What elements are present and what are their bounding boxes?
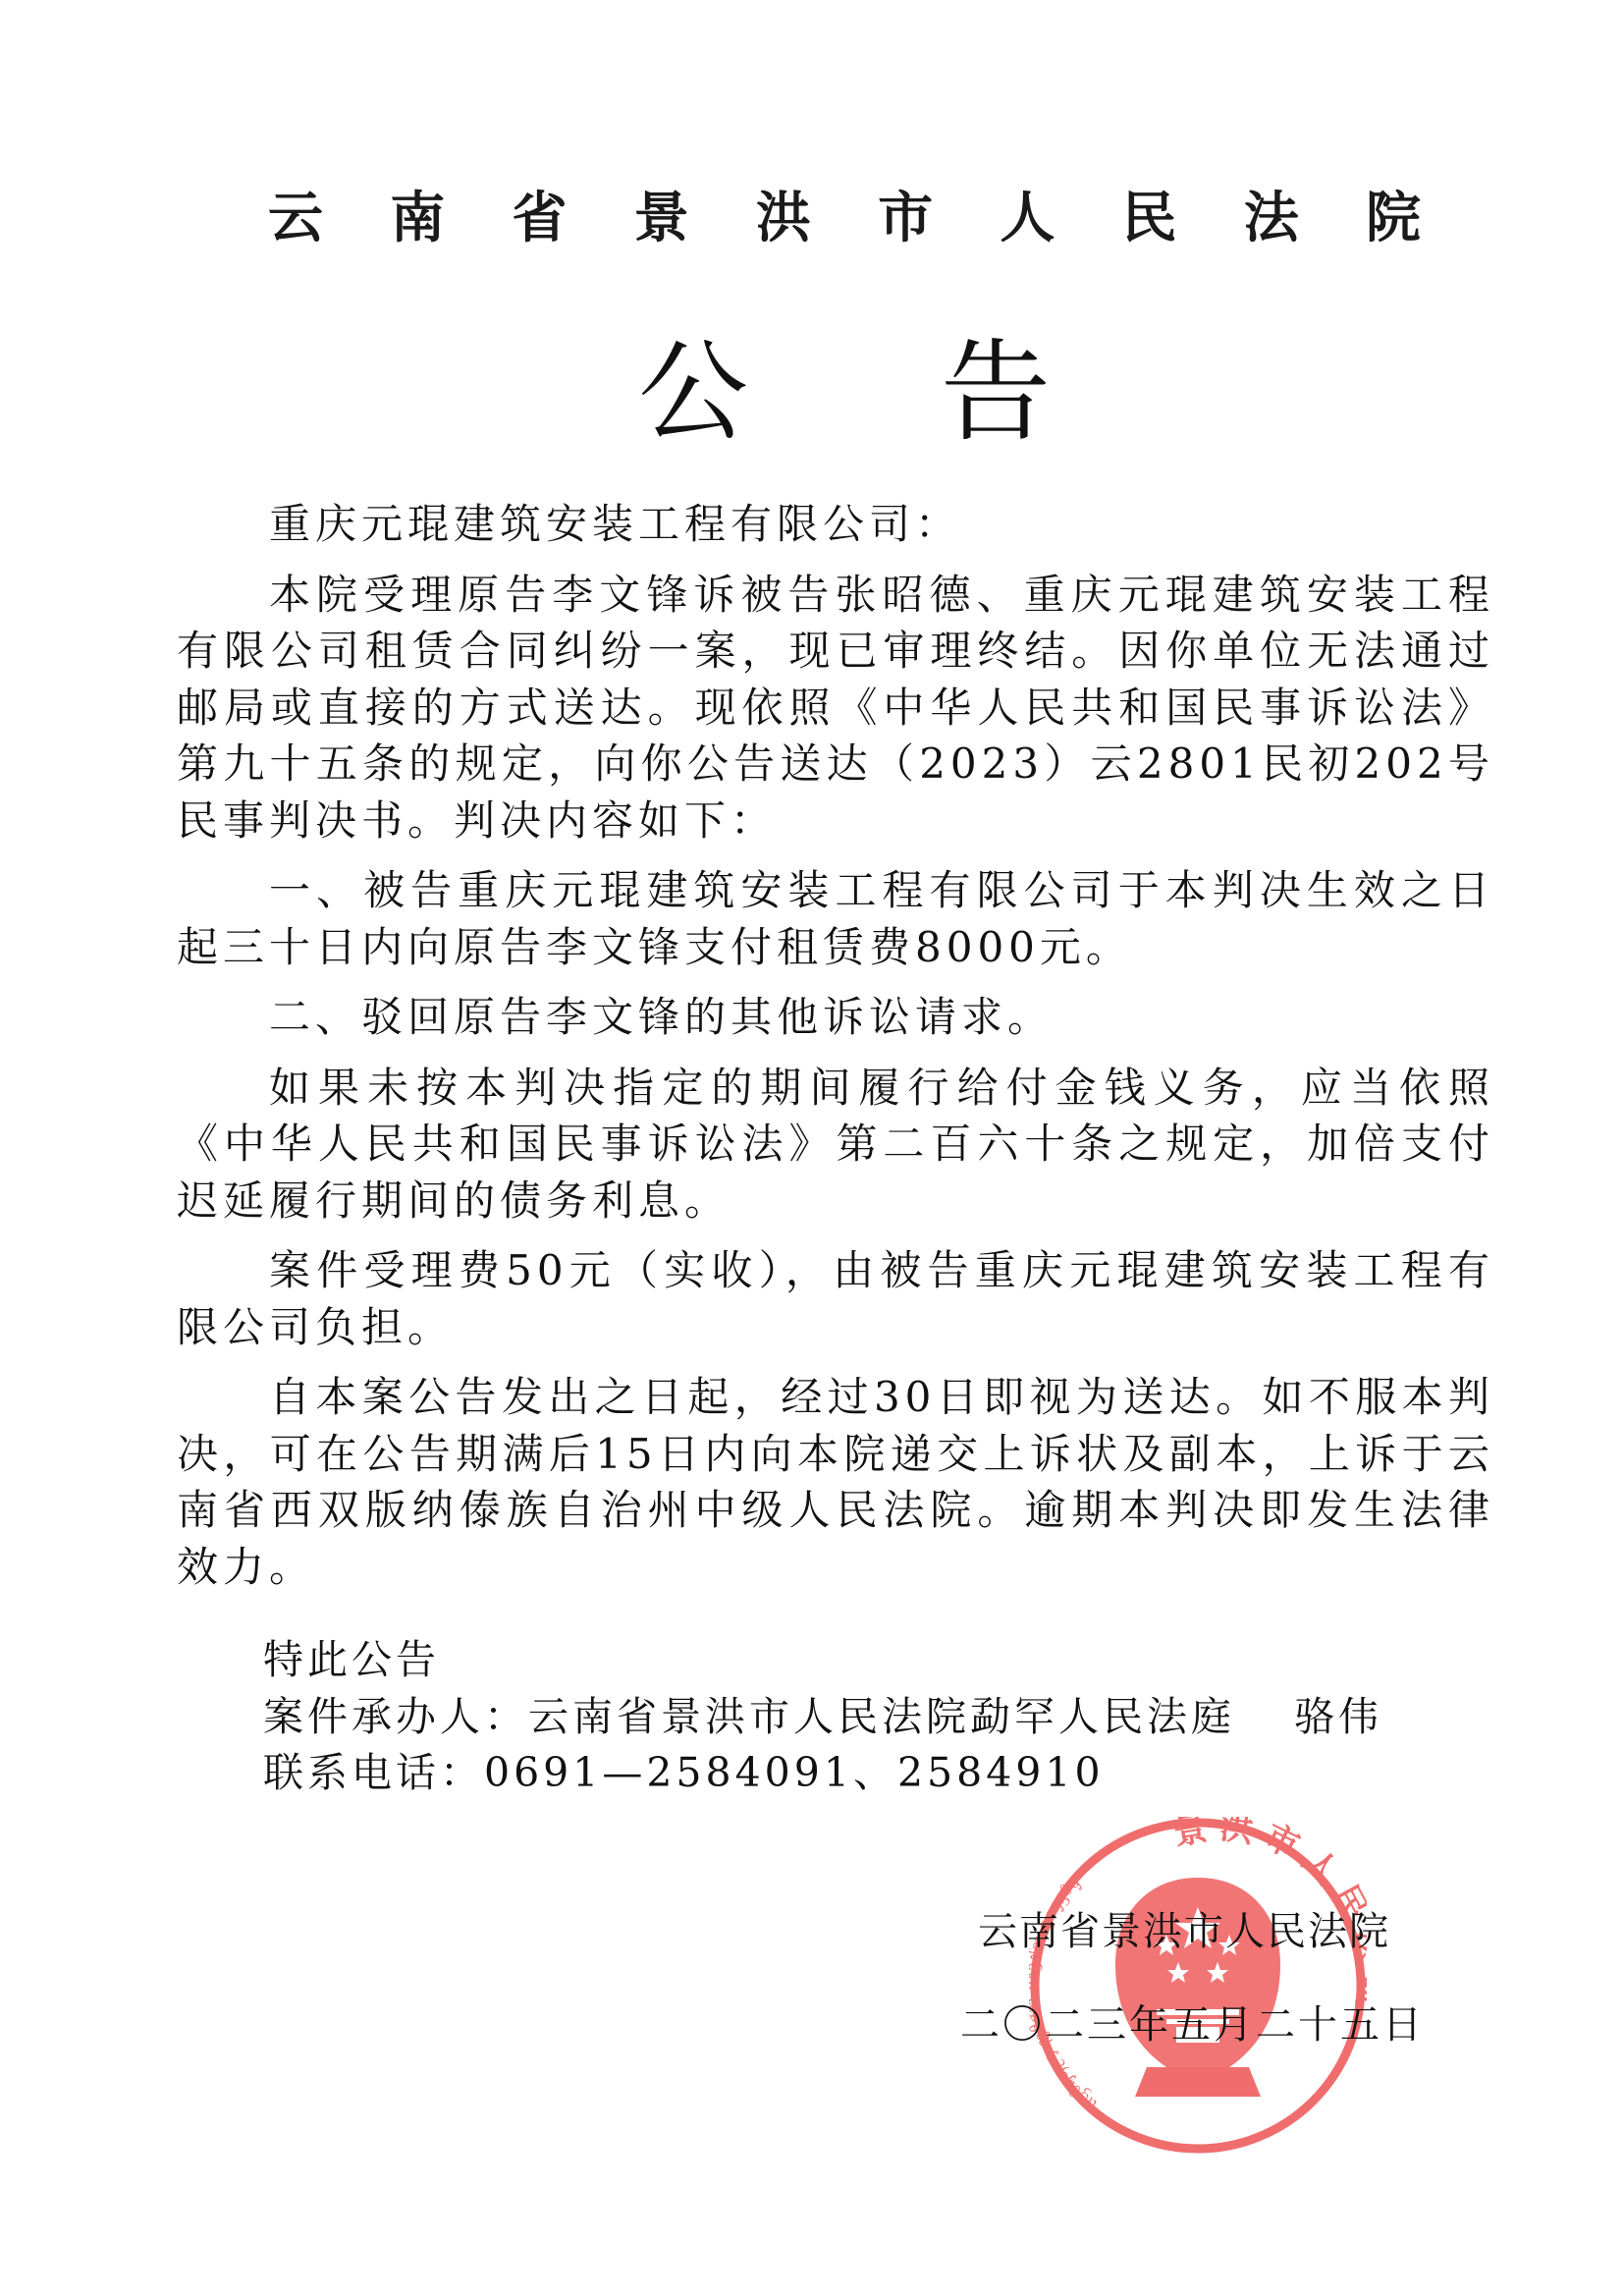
issuing-court-signature: 云南省景洪市人民法院 — [978, 1907, 1390, 1956]
issue-date: 二〇二三年五月二十五日 — [960, 2000, 1412, 2050]
handler-unit: 云南省景洪市人民法院勐罕人民法庭 — [528, 1693, 1235, 1740]
paragraph-service-appeal: 自本案公告发出之日起，经过30日即视为送达。如不服本判决，可在公告期满后15日内… — [177, 1369, 1494, 1595]
closing-block: 特此公告 案件承办人：云南省景洪市人民法院勐罕人民法庭骆伟 联系电话：0691—… — [263, 1632, 1490, 1802]
court-name-heading: 云 南 省 景 洪 市 人 民 法 院 — [265, 185, 1424, 253]
case-handler-row: 案件承办人：云南省景洪市人民法院勐罕人民法庭骆伟 — [263, 1689, 1490, 1746]
notice-title-char: 告 — [941, 329, 1051, 457]
court-seal-icon: 景洪市人民法院 ᦵᦋᦲᧂᦣᦳᧂ ᦜᦲᦺᦉ ᦞᦸᦡᦾᦉ ᦣᦸᧂᦓᦲᧁ — [1029, 1817, 1367, 2155]
paragraph-late-interest: 如果未按本判决指定的期间履行给付金钱义务，应当依照《中华人民共和国民事诉讼法》第… — [177, 1060, 1494, 1230]
court-name-char: 民 — [1119, 185, 1180, 253]
court-name-char: 省 — [509, 185, 569, 253]
court-name-char: 南 — [387, 185, 448, 253]
paragraph-case-fee: 案件受理费50元（实收），由被告重庆元琨建筑安装工程有限公司负担。 — [177, 1242, 1494, 1355]
handler-name: 骆伟 — [1294, 1693, 1382, 1740]
closing-statement: 特此公告 — [263, 1632, 1490, 1689]
court-name-char: 云 — [265, 185, 326, 253]
notice-body: 重庆元琨建筑安装工程有限公司： 本院受理原告李文锋诉被告张昭德、重庆元琨建筑安装… — [177, 496, 1494, 1609]
contact-phone-row: 联系电话：0691—2584091、2584910 — [263, 1745, 1490, 1802]
notice-title-char: 公 — [638, 329, 748, 457]
court-name-char: 洪 — [753, 185, 814, 253]
court-name-char: 法 — [1241, 185, 1302, 253]
court-name-char: 院 — [1363, 185, 1424, 253]
notice-page: 云 南 省 景 洪 市 人 民 法 院 公 告 重庆元琨建筑安装工程有限公司： … — [0, 0, 1623, 2296]
court-name-char: 人 — [997, 185, 1057, 253]
phone-numbers: 0691—2584091、2584910 — [484, 1749, 1105, 1796]
paragraph-case-intro: 本院受理原告李文锋诉被告张昭德、重庆元琨建筑安装工程有限公司租赁合同纠纷一案，现… — [177, 567, 1494, 849]
court-name-char: 景 — [631, 185, 692, 253]
addressee: 重庆元琨建筑安装工程有限公司： — [177, 496, 1494, 553]
court-name-char: 市 — [875, 185, 936, 253]
notice-title: 公 告 — [638, 329, 1051, 457]
paragraph-judgment-item-1: 一、被告重庆元琨建筑安装工程有限公司于本判决生效之日起三十日内向原告李文锋支付租… — [177, 862, 1494, 975]
handler-label: 案件承办人： — [263, 1693, 528, 1740]
paragraph-judgment-item-2: 二、驳回原告李文锋的其他诉讼请求。 — [177, 989, 1494, 1046]
phone-label: 联系电话： — [263, 1749, 484, 1796]
